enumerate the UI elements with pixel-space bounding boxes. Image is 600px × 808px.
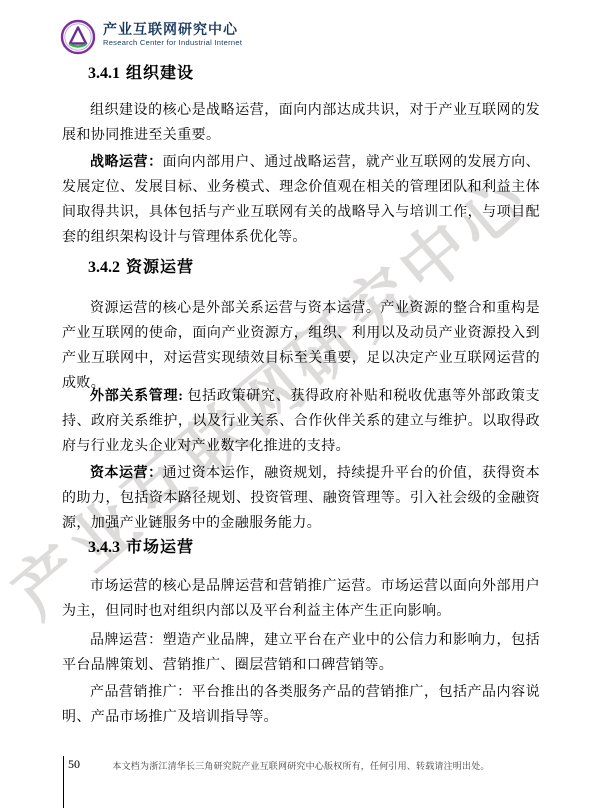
document-page: 产业互联网研究中心 产业互联网研究中心 Research Center for … bbox=[0, 0, 600, 808]
paragraph-text: 市场运营的核心是品牌运营和营销推广运营。市场运营以面向外部用户为主，但同时也对组… bbox=[62, 579, 540, 619]
heading-title: 资源运营 bbox=[126, 259, 194, 276]
paragraph: 外部关系管理: 包括政策研究、获得政府补贴和税收优惠等外部政策支持、政府关系维护… bbox=[62, 384, 540, 459]
paragraph: 资源运营的核心是外部关系运营与资本运营。产业资源的整合和重构是产业互联网的使命，… bbox=[62, 296, 540, 396]
heading-number: 3.4.3 bbox=[88, 539, 120, 556]
paragraph-text: 资源运营的核心是外部关系运营与资本运营。产业资源的整合和重构是产业互联网的使命，… bbox=[62, 301, 540, 391]
paragraph: 产品营销推广：平台推出的各类服务产品的营销推广，包括产品内容说明、产品市场推广及… bbox=[62, 680, 540, 730]
heading-number: 3.4.1 bbox=[88, 65, 120, 82]
heading-3-4-1: 3.4.1组织建设 bbox=[62, 64, 540, 84]
paragraph-lead: 资本运营： bbox=[90, 466, 163, 481]
paragraph-text: 品牌运营：塑造产业品牌，建立平台在产业中的公信力和影响力，包括平台品牌策划、营销… bbox=[62, 633, 540, 673]
heading-title: 市场运营 bbox=[126, 539, 194, 556]
org-name: 产业互联网研究中心 bbox=[103, 21, 242, 38]
paragraph-text: 产品营销推广：平台推出的各类服务产品的营销推广，包括产品内容说明、产品市场推广及… bbox=[62, 685, 540, 725]
paragraph: 资本运营：通过资本运作，融资规划，持续提升平台的价值，获得资本的助力，包括资本路… bbox=[62, 461, 540, 536]
heading-3-4-2: 3.4.2资源运营 bbox=[62, 258, 540, 278]
heading-title: 组织建设 bbox=[126, 65, 194, 82]
org-logo-icon bbox=[60, 19, 96, 55]
paragraph: 组织建设的核心是战略运营，面向内部达成共识，对于产业互联网的发展和协同推进至关重… bbox=[62, 98, 540, 148]
paragraph: 市场运营的核心是品牌运营和营销推广运营。市场运营以面向外部用户为主，但同时也对组… bbox=[62, 574, 540, 624]
heading-3-4-3: 3.4.3市场运营 bbox=[62, 538, 540, 558]
paragraph: 品牌运营：塑造产业品牌，建立平台在产业中的公信力和影响力，包括平台品牌策划、营销… bbox=[62, 628, 540, 678]
paragraph-lead: 外部关系管理: bbox=[90, 389, 183, 404]
heading-number: 3.4.2 bbox=[88, 259, 120, 276]
paragraph: 战略运营：面向内部用户、通过战略运营，就产业互联网的发展方向、发展定位、发展目标… bbox=[62, 150, 540, 250]
org-identity: 产业互联网研究中心 Research Center for Industrial… bbox=[103, 19, 242, 48]
paragraph-text: 组织建设的核心是战略运营，面向内部达成共识，对于产业互联网的发展和协同推进至关重… bbox=[62, 103, 540, 143]
paragraph-lead: 战略运营： bbox=[90, 155, 163, 170]
page-header: 产业互联网研究中心 Research Center for Industrial… bbox=[60, 19, 242, 55]
footer-copyright: 本文档为浙江清华长三角研究院产业互联网研究中心版权所有，任何引用、转载请注明出处… bbox=[62, 759, 540, 772]
org-subtitle: Research Center for Industrial Internet bbox=[103, 38, 242, 48]
